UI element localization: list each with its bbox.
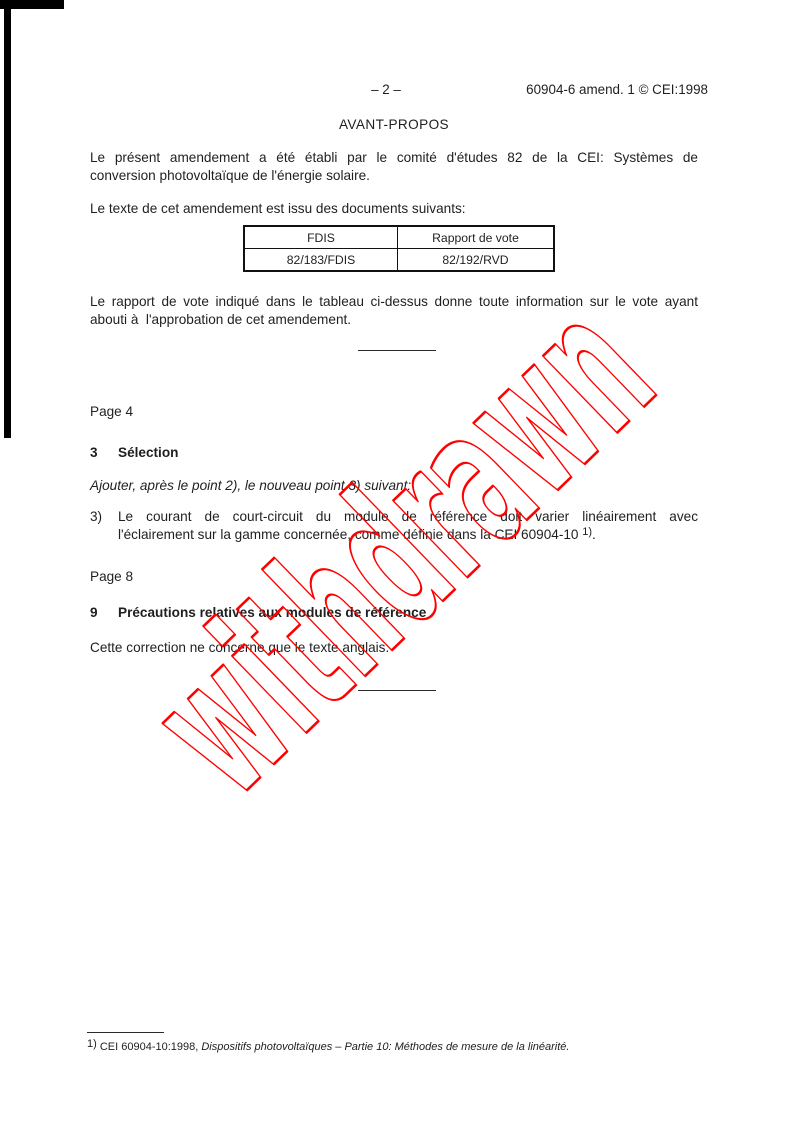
footnote: 1) CEI 60904-10:1998, Dispositifs photov… xyxy=(87,1041,727,1053)
footnote-ref: CEI 60904-10:1998, xyxy=(97,1041,202,1053)
table-cell-rapport-value: 82/192/RVD xyxy=(398,249,555,272)
withdrawn-watermark-text: withdrawn xyxy=(108,259,694,836)
issued-from-line: Le texte de cet amendement est issu des … xyxy=(90,201,698,216)
table-header-fdis: FDIS xyxy=(244,226,398,249)
page-title: AVANT-PROPOS xyxy=(90,117,698,132)
scan-artifact-left-bar xyxy=(4,0,11,438)
paragraph-line: l'éclairement sur la gamme concernée, co… xyxy=(118,526,698,546)
heading-text: Sélection xyxy=(118,445,178,460)
footnote-rule xyxy=(87,1032,164,1033)
page4-label: Page 4 xyxy=(90,404,698,419)
footnote-number: 1) xyxy=(87,1038,97,1050)
paragraph-line: Le courant de court-circuit du module de… xyxy=(118,508,698,526)
footnote-title: Dispositifs photovoltaïques – Partie 10:… xyxy=(201,1041,569,1053)
section-divider xyxy=(358,350,436,351)
list-item-3: 3) Le courant de court-circuit du module… xyxy=(90,508,698,545)
line-text: . xyxy=(592,527,596,542)
table-header-rapport: Rapport de vote xyxy=(398,226,555,249)
scan-artifact-top-bar xyxy=(0,0,64,9)
paragraph-line: conversion photovoltaïque de l'énergie s… xyxy=(90,167,698,185)
section-divider xyxy=(358,690,436,691)
table-header-row: FDIS Rapport de vote xyxy=(244,226,554,249)
paragraph-line: Le présent amendement a été établi par l… xyxy=(90,149,698,167)
intro-paragraph: Le présent amendement a été établi par l… xyxy=(90,149,698,184)
amendment-instruction: Ajouter, après le point 2), le nouveau p… xyxy=(90,478,698,493)
line-text: l'éclairement sur la gamme concernée, co… xyxy=(118,527,582,542)
page8-label: Page 8 xyxy=(90,569,698,584)
table-row: 82/183/FDIS 82/192/RVD xyxy=(244,249,554,272)
table-cell-fdis-value: 82/183/FDIS xyxy=(244,249,398,272)
paragraph-line: abouti à l'approbation de cet amendement… xyxy=(90,311,698,329)
document-page: – 2 – 60904-6 amend. 1 © CEI:1998 AVANT-… xyxy=(0,0,793,1122)
vote-paragraph: Le rapport de vote indiqué dans le table… xyxy=(90,293,698,328)
correction-note: Cette correction ne concerne que le text… xyxy=(90,640,698,655)
documents-table: FDIS Rapport de vote 82/183/FDIS 82/192/… xyxy=(243,225,555,272)
heading-number: 3 xyxy=(90,445,118,460)
heading-selection: 3Sélection xyxy=(90,445,698,460)
heading-precautions: 9Précautions relatives aux modules de ré… xyxy=(90,605,698,620)
paragraph-line: Le rapport de vote indiqué dans le table… xyxy=(90,293,698,311)
list-marker: 3) xyxy=(90,508,102,526)
heading-number: 9 xyxy=(90,605,118,620)
heading-text: Précautions relatives aux modules de réf… xyxy=(118,605,426,620)
document-reference: 60904-6 amend. 1 © CEI:1998 xyxy=(90,82,708,97)
footnote-reference-mark: 1) xyxy=(582,526,592,538)
